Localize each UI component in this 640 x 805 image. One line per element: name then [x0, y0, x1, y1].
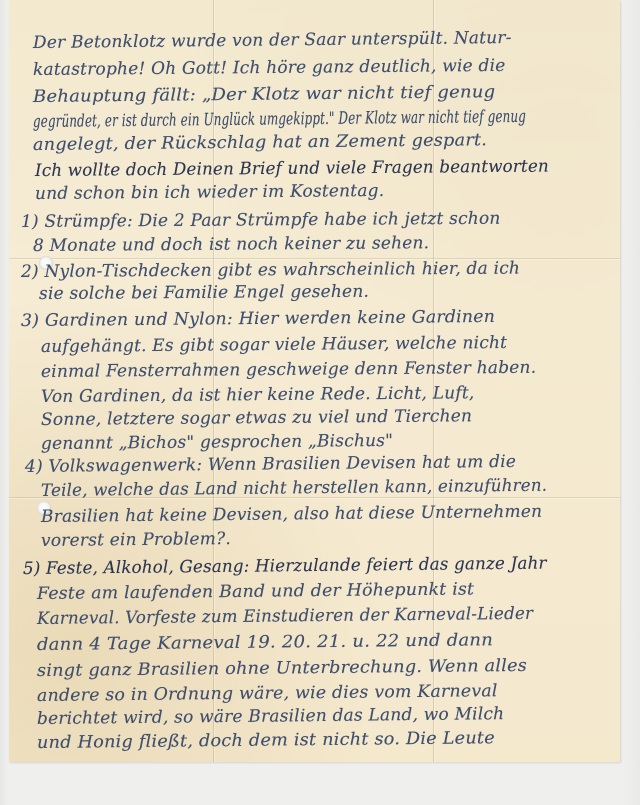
handwritten-line: 3) Gardinen und Nylon: Hier werden keine… [21, 307, 495, 331]
handwritten-line: Brasilien hat keine Devisen, also hat di… [41, 502, 542, 527]
handwritten-line: Karneval. Vorfeste zum Einstudieren der … [37, 604, 533, 629]
handwritten-line: angelegt, der Rückschlag hat an Zement g… [33, 130, 487, 155]
handwritten-line: 5) Feste, Alkohol, Gesang: Hierzulande f… [23, 554, 547, 579]
handwritten-line: gegründet, er ist durch ein Unglück umge… [33, 107, 526, 132]
handwritten-line: Ich wollte doch Deinen Brief und viele F… [35, 157, 549, 181]
handwritten-line: 8 Monate und doch ist noch keiner zu seh… [33, 233, 429, 256]
handwritten-line: 2) Nylon-Tischdecken gibt es wahrscheinl… [21, 259, 520, 282]
handwritten-line: Feste am laufenden Band und der Höhepunk… [37, 579, 474, 604]
handwritten-line: genannt „Bichos" gesprochen „Bischus" [41, 431, 393, 454]
handwritten-line: andere so in Ordnung wäre, wie dies vom … [37, 681, 498, 706]
handwritten-line: katastrophe! Oh Gott! Ich höre ganz deut… [33, 56, 506, 80]
handwritten-line: dann 4 Tage Karneval 19. 20. 21. u. 22 u… [37, 630, 493, 655]
handwritten-line: vorerst ein Problem?. [41, 529, 231, 551]
handwritten-line: 4) Volkswagenwerk: Wenn Brasilien Devise… [25, 452, 516, 477]
handwritten-line: und schon bin ich wieder im Kostentag. [35, 181, 384, 204]
handwritten-line: Sonne, letztere sogar etwas zu viel und … [41, 406, 472, 430]
handwritten-line: Behauptung fällt: „Der Klotz war nicht t… [33, 82, 496, 107]
handwritten-line: Der Betonklotz wurde von der Saar unters… [33, 28, 512, 53]
handwritten-line: aufgehängt. Es gibt sogar viele Häuser, … [41, 333, 507, 357]
handwritten-line: 1) Strümpfe: Die 2 Paar Strümpfe habe ic… [21, 209, 501, 232]
handwritten-line: singt ganz Brasilien ohne Unterbrechung.… [37, 656, 527, 681]
handwritten-line: Von Gardinen, da ist hier keine Rede. Li… [41, 383, 475, 407]
handwritten-line: sie solche bei Familie Engel gesehen. [39, 282, 369, 304]
handwritten-line: berichtet wird, so wäre Brasilien das La… [37, 704, 504, 729]
handwritten-line: und Honig fließt, doch dem ist nicht so.… [37, 728, 495, 753]
horizontal-fold-line [9, 258, 620, 259]
handwritten-line: einmal Fensterrahmen geschweige denn Fen… [41, 358, 536, 382]
letter-page: Der Betonklotz wurde von der Saar unters… [9, 0, 620, 762]
